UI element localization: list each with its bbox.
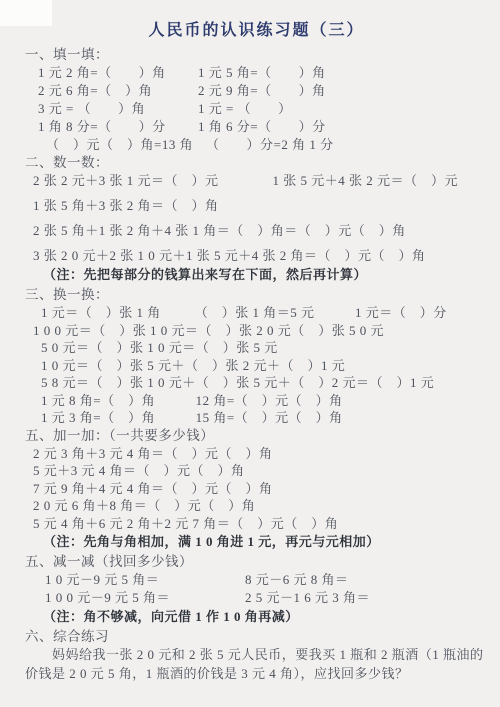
fill-expression-left: 3 元 = （ ）角 [38, 100, 198, 118]
fill-expression-left: 1 元 2 角=（ ）角 [38, 64, 198, 82]
fill-expression-right: 1 角 6 分=（ ）分 [198, 118, 326, 136]
subtraction-row: 1 0 0 元－9 元 5 角＝ 2 5 元－1 6 元 3 角＝ [25, 589, 488, 607]
section5b-heading: 五、减一减（找回多少钱） [25, 553, 488, 571]
scan-artifact [0, 0, 52, 26]
fill-row: 2 元 6 角=（ ）角 2 元 9 角=（ ）角 [25, 82, 488, 100]
addition-line: 7 元 9 角＋4 元 4 角＝（ ）元（ ）角 [25, 480, 488, 498]
page-title: 人民币的认识练习题（三） [25, 20, 488, 42]
section1-heading: 一、填一填： [25, 46, 488, 64]
word-problem: 妈妈给我一张 2 0 元和 2 张 5 元人民币，要我买 1 瓶和 2 瓶酒（1… [25, 646, 487, 683]
fill-row: （ ）元（ ）角=13 角 （ ）分=2 角 1 分 [25, 136, 488, 154]
worksheet-page: 人民币的认识练习题（三） 一、填一填： 1 元 2 角=（ ）角 1 元 5 角… [0, 0, 500, 707]
fill-expression-right: 2 元 9 角=（ ）角 [198, 82, 326, 100]
subtraction-expression-right: 8 元－6 元 8 角＝ [245, 571, 349, 589]
exchange-line: 5 8 元＝（ ）张 1 0 元＋（ ）张 5 元＋（ ）2 元＝（ ）1 元 [25, 374, 488, 392]
subtraction-row: 1 0 元－9 元 5 角＝ 8 元－6 元 8 角＝ [25, 571, 488, 589]
count-line: 2 张 5 角＋1 张 2 角＋4 张 1 角＝（ ）角＝（ ）元（ ）角 [25, 222, 488, 240]
addition-line: 2 元 3 角＋3 元 4 角＝（ ）元（ ）角 [25, 445, 488, 463]
section5a-heading: 五、加一加：（一共要多少钱） [25, 427, 488, 445]
exchange-line: 1 元＝（ ）张 1 角 （ ）张 1 角＝5 元 1 元＝（ ）分 [25, 304, 488, 322]
exchange-line: 5 0 元＝（ ）张 1 0 元＝（ ）张 5 元 [25, 339, 488, 357]
subtraction-expression-left: 1 0 0 元－9 元 5 角＝ [45, 589, 245, 607]
note-calc-parts: （注：先把每部分的钱算出来写在下面，然后再计算） [25, 266, 488, 284]
fill-expression-right: 1 元 5 角=（ ）角 [198, 64, 326, 82]
exchange-line: 1 0 元＝（ ）张 5 元＋（ ）张 2 元＋（ ）1 元 [25, 357, 488, 375]
addition-line: 5 元＋3 元 4 角＝（ ）元（ ）角 [25, 462, 488, 480]
section6-heading: 六、综合练习 [25, 628, 488, 646]
exchange-line: 1 元 3 角=（ ）角 15 角=（ ）元（ ）角 [25, 409, 488, 427]
subtraction-expression-right: 2 5 元－1 6 元 3 角＝ [245, 589, 370, 607]
fill-row: 1 元 2 角=（ ）角 1 元 5 角=（ ）角 [25, 64, 488, 82]
count-line: 1 张 5 角＋3 张 2 角＝（ ）角 [25, 197, 488, 215]
fill-expression-left: （ ）元（ ）角=13 角 [38, 136, 206, 154]
exchange-line: 1 元 8 角=（ ）角 12 角=（ ）元（ ）角 [25, 392, 488, 410]
addition-line: 2 0 元 6 角＋8 角＝（ ）元（ ）角 [25, 497, 488, 515]
exchange-line: 1 0 0 元＝（ ）张 1 0 元＝（ ）张 2 0 元（ ）张 5 0 元 [25, 322, 488, 340]
subtraction-expression-left: 1 0 元－9 元 5 角＝ [45, 571, 245, 589]
addition-line: 5 元 4 角＋6 元 2 角＋2 元 7 角＝（ ）元（ ）角 [25, 515, 488, 533]
section2-heading: 二、数一数： [25, 154, 488, 172]
fill-row: 3 元 = （ ）角 1 元 = （ ） [25, 100, 488, 118]
fill-row: 1 角 8 分=（ ）分 1 角 6 分=（ ）分 [25, 118, 488, 136]
fill-expression-right: （ ）分=2 角 1 分 [206, 136, 334, 154]
fill-expression-left: 1 角 8 分=（ ）分 [38, 118, 198, 136]
section3-heading: 三、换一换： [25, 286, 488, 304]
note-borrow-rule: （注：角不够减，向元借 1 作 1 0 角再减） [25, 608, 488, 626]
fill-expression-left: 2 元 6 角=（ ）角 [38, 82, 198, 100]
count-line: 2 张 2 元＋3 张 1 元＝（ ）元 1 张 5 元＋4 张 2 元＝（ ）… [25, 172, 488, 190]
note-add-rule: （注：先角与角相加，满 1 0 角进 1 元，再元与元相加） [25, 533, 488, 551]
count-line: 3 张 2 0 元＋2 张 1 0 元＋1 张 5 元＋4 张 2 角＝（ ）元… [25, 247, 488, 265]
fill-expression-right: 1 元 = （ ） [198, 100, 292, 118]
